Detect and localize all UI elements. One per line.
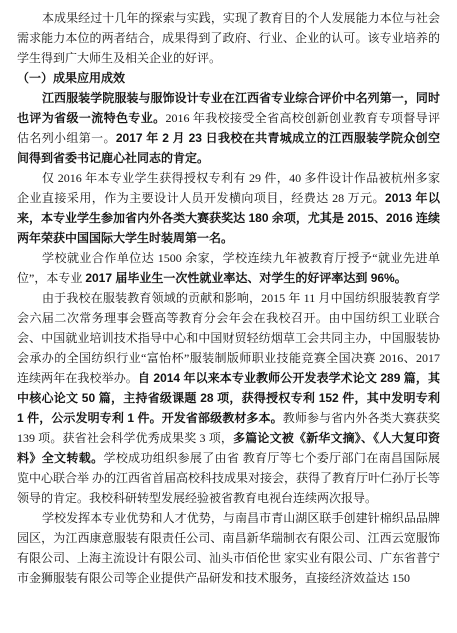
student-achievement-paragraph: 仅 2016 年本专业学生获得授权专利有 29 件，40 多件设计作品被杭州多家…: [17, 168, 440, 248]
paragraph-text-bold: 2017 届毕业生一次性就业率达、对学生的好评率达到 96%。: [85, 271, 406, 285]
section-heading-text: （一）成果应用成效: [17, 71, 125, 85]
industry-service-paragraph: 学校发挥本专业优势和人才优势，与南昌市青山湖区联手创建针棉织品品牌园区，为江西康…: [17, 508, 440, 588]
document-page: 本成果经过十几年的探索与实践，实现了教育目的个人发展能力本位与社会需求能力本位的…: [0, 0, 457, 633]
section-heading: （一）成果应用成效: [17, 68, 440, 88]
paragraph-text: 学校发挥本专业优势和人才优势，与南昌市青山湖区联手创建针棉织品品牌园区，为江西康…: [17, 511, 440, 585]
employment-paragraph: 学校就业合作单位达 1500 余家，学校连续九年被教育厅授予“就业先进单位”，本…: [17, 248, 440, 288]
paragraph-text: 本成果经过十几年的探索与实践，实现了教育目的个人发展能力本位与社会需求能力本位的…: [17, 11, 440, 65]
intro-paragraph: 本成果经过十几年的探索与实践，实现了教育目的个人发展能力本位与社会需求能力本位的…: [17, 8, 440, 68]
evaluation-paragraph: 江西服装学院服装与服饰设计专业在江西省专业综合评价中名列第一，同时也评为省级一流…: [17, 88, 440, 168]
influence-paragraph: 由于我校在服装教育领域的贡献和影响，2015 年 11 月中国纺织服装教育学会六…: [17, 288, 440, 508]
paragraph-text: 仅 2016 年本专业学生获得授权专利有 29 件，40 多件设计作品被杭州多家…: [17, 171, 440, 205]
